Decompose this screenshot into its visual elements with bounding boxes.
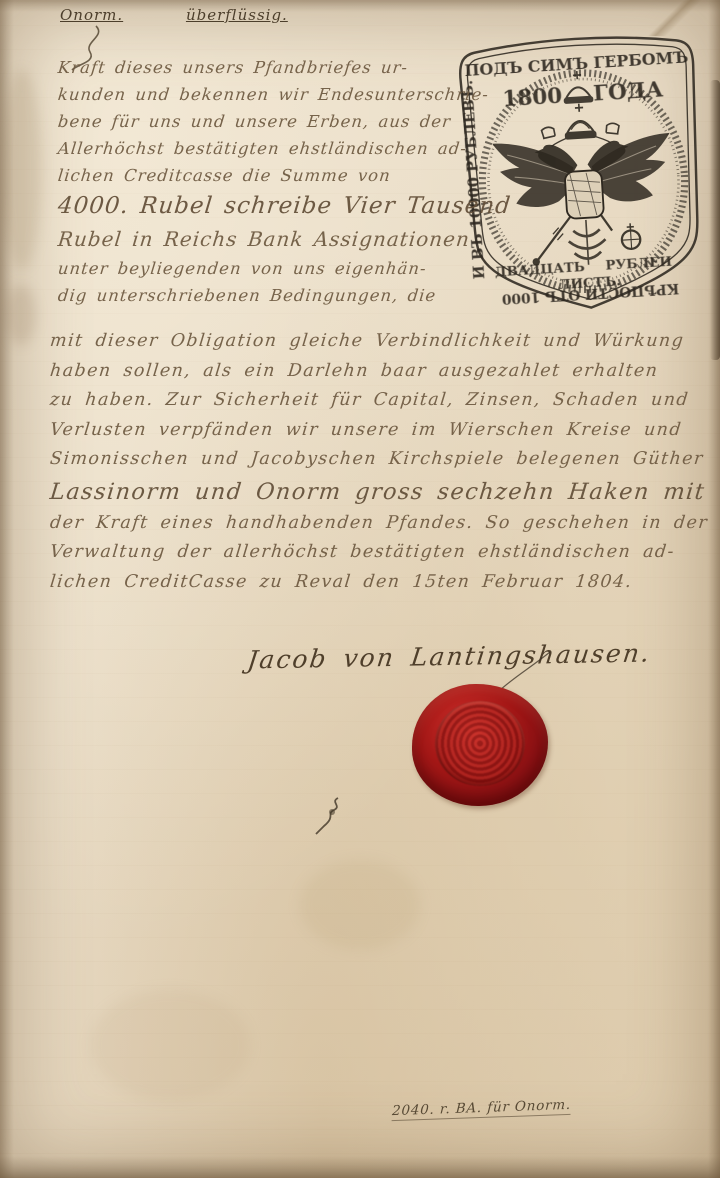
crown-icon (562, 70, 592, 103)
archival-note: 2040. r. BA. für Onorm. (392, 1097, 572, 1121)
handwritten-line: kunden und bekennen wir Endesunterschrie… (57, 81, 513, 108)
paper-stain (90, 990, 250, 1100)
handwritten-line-dateline: lichen CreditCasse zu Reval den 15ten Fe… (48, 568, 709, 598)
handwritten-line: bene für uns und unsere Erben, aus der (57, 108, 513, 135)
handwritten-line: Rubel in Reichs Bank Assignationen (56, 223, 512, 255)
handwritten-line: Allerhöchst bestätigten ehstländischen a… (57, 135, 513, 162)
annotation-ueberfluessig: überflüssig. (186, 6, 288, 24)
handwritten-line: Verwaltung der allerhöchst bestätigten e… (48, 538, 709, 568)
handwritten-line: Kraft dieses unsers Pfandbriefes ur- (57, 54, 513, 81)
ink-smudge (308, 790, 358, 840)
body-text-upper: Kraft dieses unsers Pfandbriefes ur- kun… (58, 54, 511, 309)
header-annotations: Onorm. überflüssig. (60, 6, 346, 24)
body-text-lower: mit dieser Obligation gleiche Verbindlic… (50, 327, 708, 597)
stamp-goda-label: ГОДА (592, 77, 664, 106)
handwritten-line: der Kraft eines handhabenden Pfandes. So… (48, 509, 709, 539)
handwritten-line: Simonisschen und Jacobyschen Kirchspiele… (48, 445, 709, 475)
handwritten-line-estates: Lassinorm und Onorm gross sechzehn Haken… (48, 475, 710, 509)
ink-bleedthrough (2, 70, 42, 270)
handwritten-line: mit dieser Obligation gleiche Verbindlic… (48, 327, 709, 357)
handwritten-line: dig unterschriebenen Bedingungen, die (57, 282, 513, 309)
handwritten-line: haben sollen, als ein Darlehn baar ausge… (48, 357, 709, 387)
wax-seal-coat-of-arms (435, 701, 525, 786)
handwritten-line: Verlusten verpfänden wir unsere im Wiers… (48, 416, 709, 446)
handwritten-line-sum: 4000. Rubel schreibe Vier Tausend (56, 189, 512, 223)
double-headed-eagle-icon (490, 98, 677, 270)
document-page: Onorm. überflüssig. ПОДЪ СИМЪ ГЕРБОМЪ ПИ… (0, 0, 720, 1178)
ink-bleedthrough (6, 285, 36, 345)
wax-seal (412, 684, 548, 806)
paper-stain (300, 860, 420, 950)
annotation-onorm: Onorm. (60, 6, 123, 24)
handwritten-line: zu haben. Zur Sicherheit für Capital, Zi… (48, 386, 709, 416)
handwritten-line: unter beyliegenden von uns eigenhän- (57, 255, 513, 282)
stamp-denomination-right: РУБЛЕИ (605, 255, 672, 274)
signature: Jacob von Lantingshausen. (246, 638, 653, 674)
handwritten-line: lichen Creditcasse die Summe von (57, 162, 513, 189)
